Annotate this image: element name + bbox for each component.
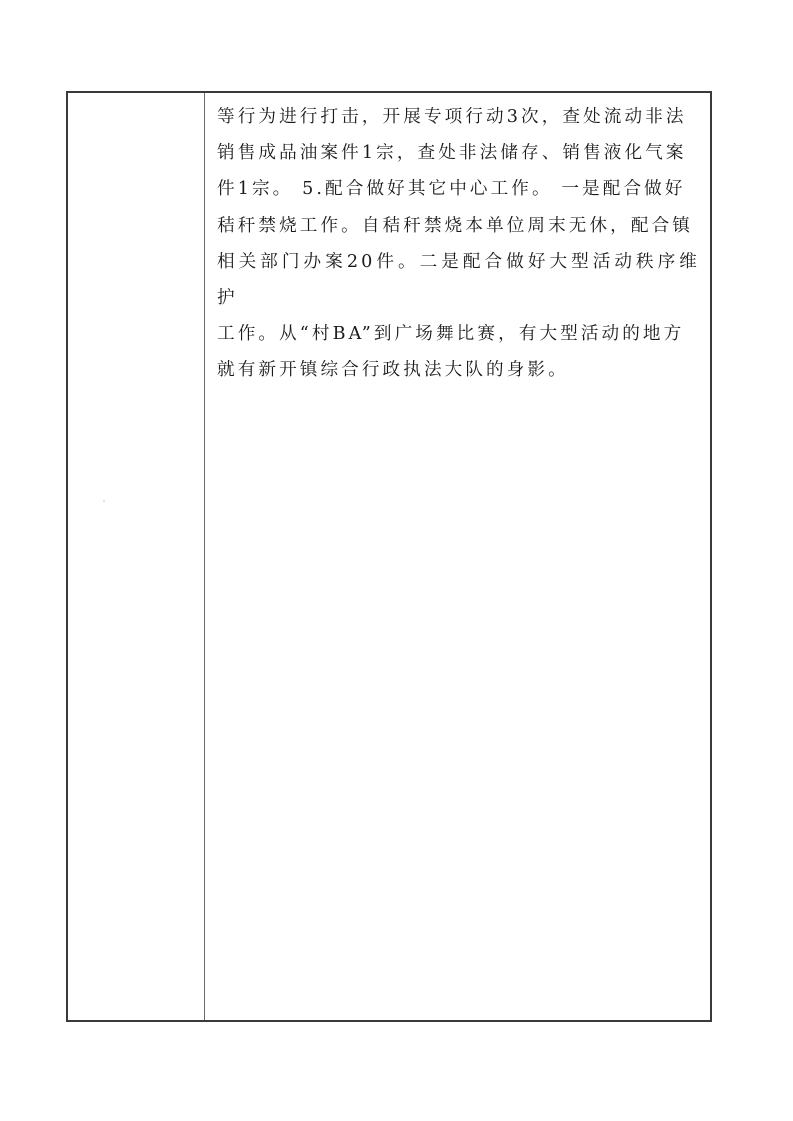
text-line: 销售成品油案件1宗，查处非法储存、销售液化气案 [217, 143, 687, 163]
text-line: 工作。从“村BA”到广场舞比赛，有大型活动的地方 [217, 324, 684, 344]
body-paragraph: 等行为进行打击，开展专项行动3次，查处流动非法 销售成品油案件1宗，查处非法储存… [217, 99, 700, 389]
text-line: 就有新开镇综合行政执法大队的身影。 [217, 360, 569, 380]
scan-speck [103, 500, 105, 502]
text-line: 件1宗。 5.配合做好其它中心工作。 一是配合做好 [217, 179, 686, 199]
text-line: 相关部门办案20件。二是配合做好大型活动秩序维护 [217, 252, 700, 308]
document-table: 等行为进行打击，开展专项行动3次，查处流动非法 销售成品油案件1宗，查处非法储存… [66, 91, 712, 1022]
table-right-cell: 等行为进行打击，开展专项行动3次，查处流动非法 销售成品油案件1宗，查处非法储存… [205, 93, 710, 1020]
text-line: 等行为进行打击，开展专项行动3次，查处流动非法 [217, 107, 687, 127]
table-left-cell [68, 93, 205, 1020]
text-line: 秸秆禁烧工作。自秸秆禁烧本单位周末无休，配合镇 [217, 216, 693, 236]
